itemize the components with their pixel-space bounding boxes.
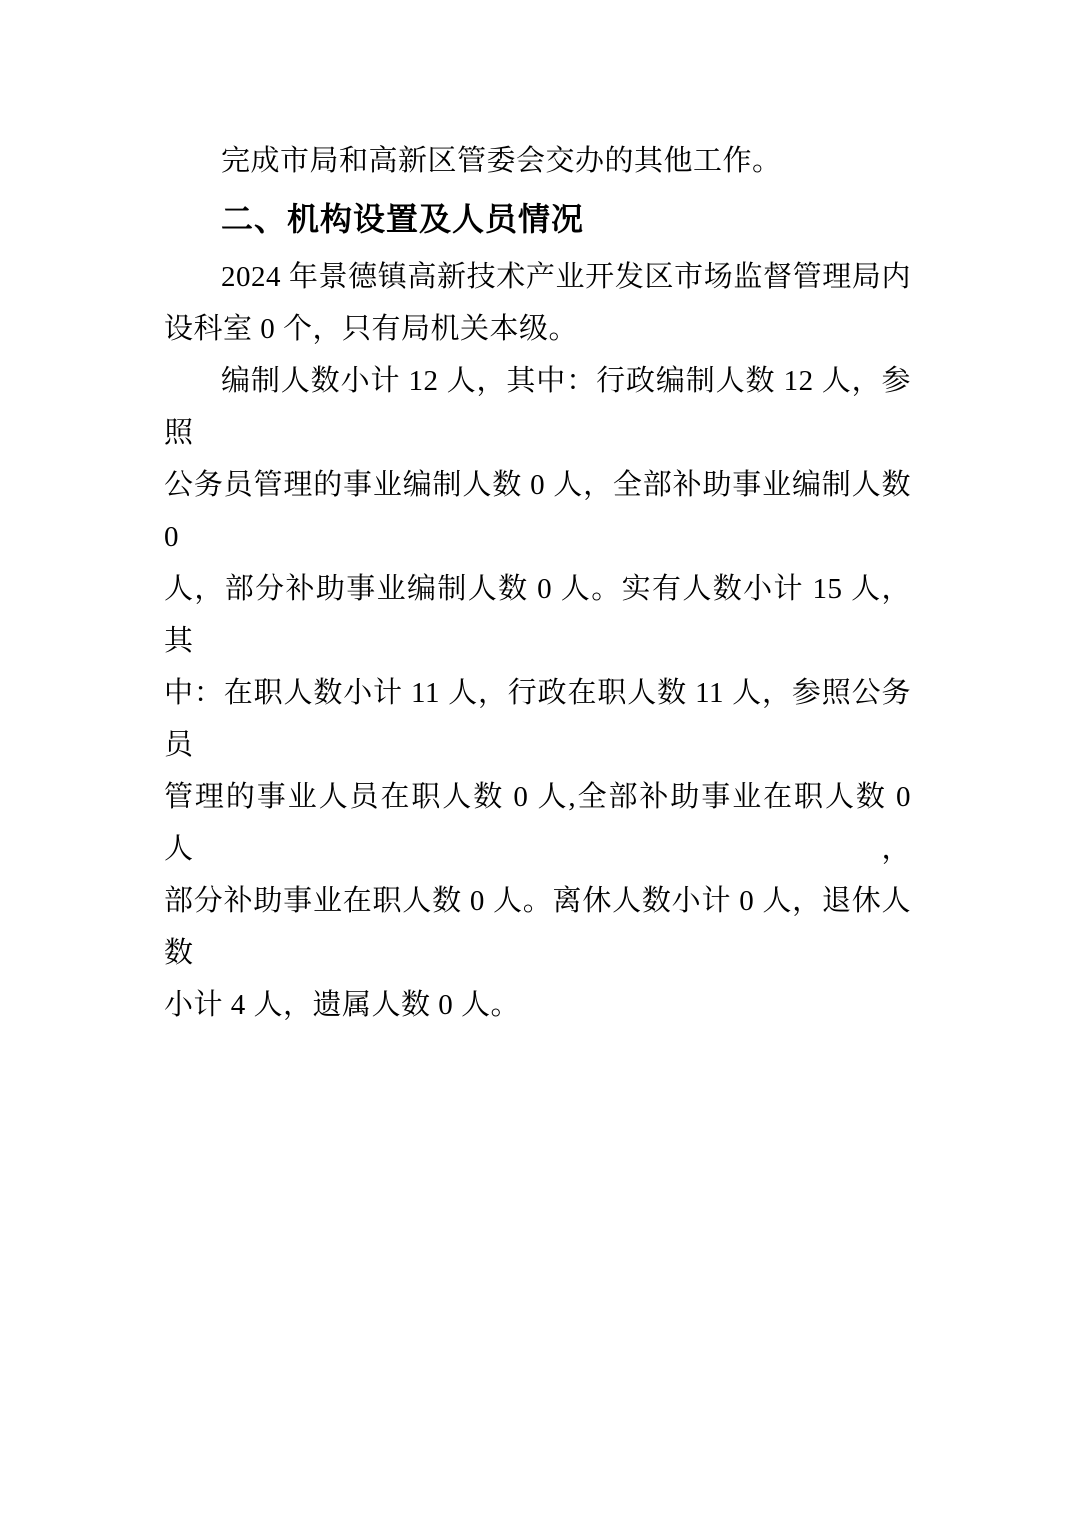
paragraph-line: 管理的事业人员在职人数 0 人,全部补助事业在职人数 0 人， (164, 771, 911, 875)
paragraph-line: 小计 4 人，遗属人数 0 人。 (164, 979, 911, 1031)
paragraph-line: 部分补助事业在职人数 0 人。离休人数小计 0 人，退休人数 (164, 875, 911, 979)
document-page: 完成市局和高新区管委会交办的其他工作。 二、机构设置及人员情况 2024 年景德… (0, 0, 1074, 1520)
document-text-block: 完成市局和高新区管委会交办的其他工作。 二、机构设置及人员情况 2024 年景德… (164, 135, 911, 1031)
paragraph-line: 2024 年景德镇高新技术产业开发区市场监督管理局内 (164, 251, 911, 303)
paragraph-line: 公务员管理的事业编制人数 0 人，全部补助事业编制人数 0 (164, 459, 911, 563)
paragraph-line: 人，部分补助事业编制人数 0 人。实有人数小计 15 人，其 (164, 563, 911, 667)
section-heading: 二、机构设置及人员情况 (164, 193, 911, 245)
paragraph-line-tail: 完成市局和高新区管委会交办的其他工作。 (164, 135, 911, 187)
paragraph-line: 设科室 0 个，只有局机关本级。 (164, 303, 911, 355)
paragraph-line: 编制人数小计 12 人，其中：行政编制人数 12 人，参照 (164, 355, 911, 459)
paragraph-line: 中：在职人数小计 11 人，行政在职人数 11 人，参照公务员 (164, 667, 911, 771)
